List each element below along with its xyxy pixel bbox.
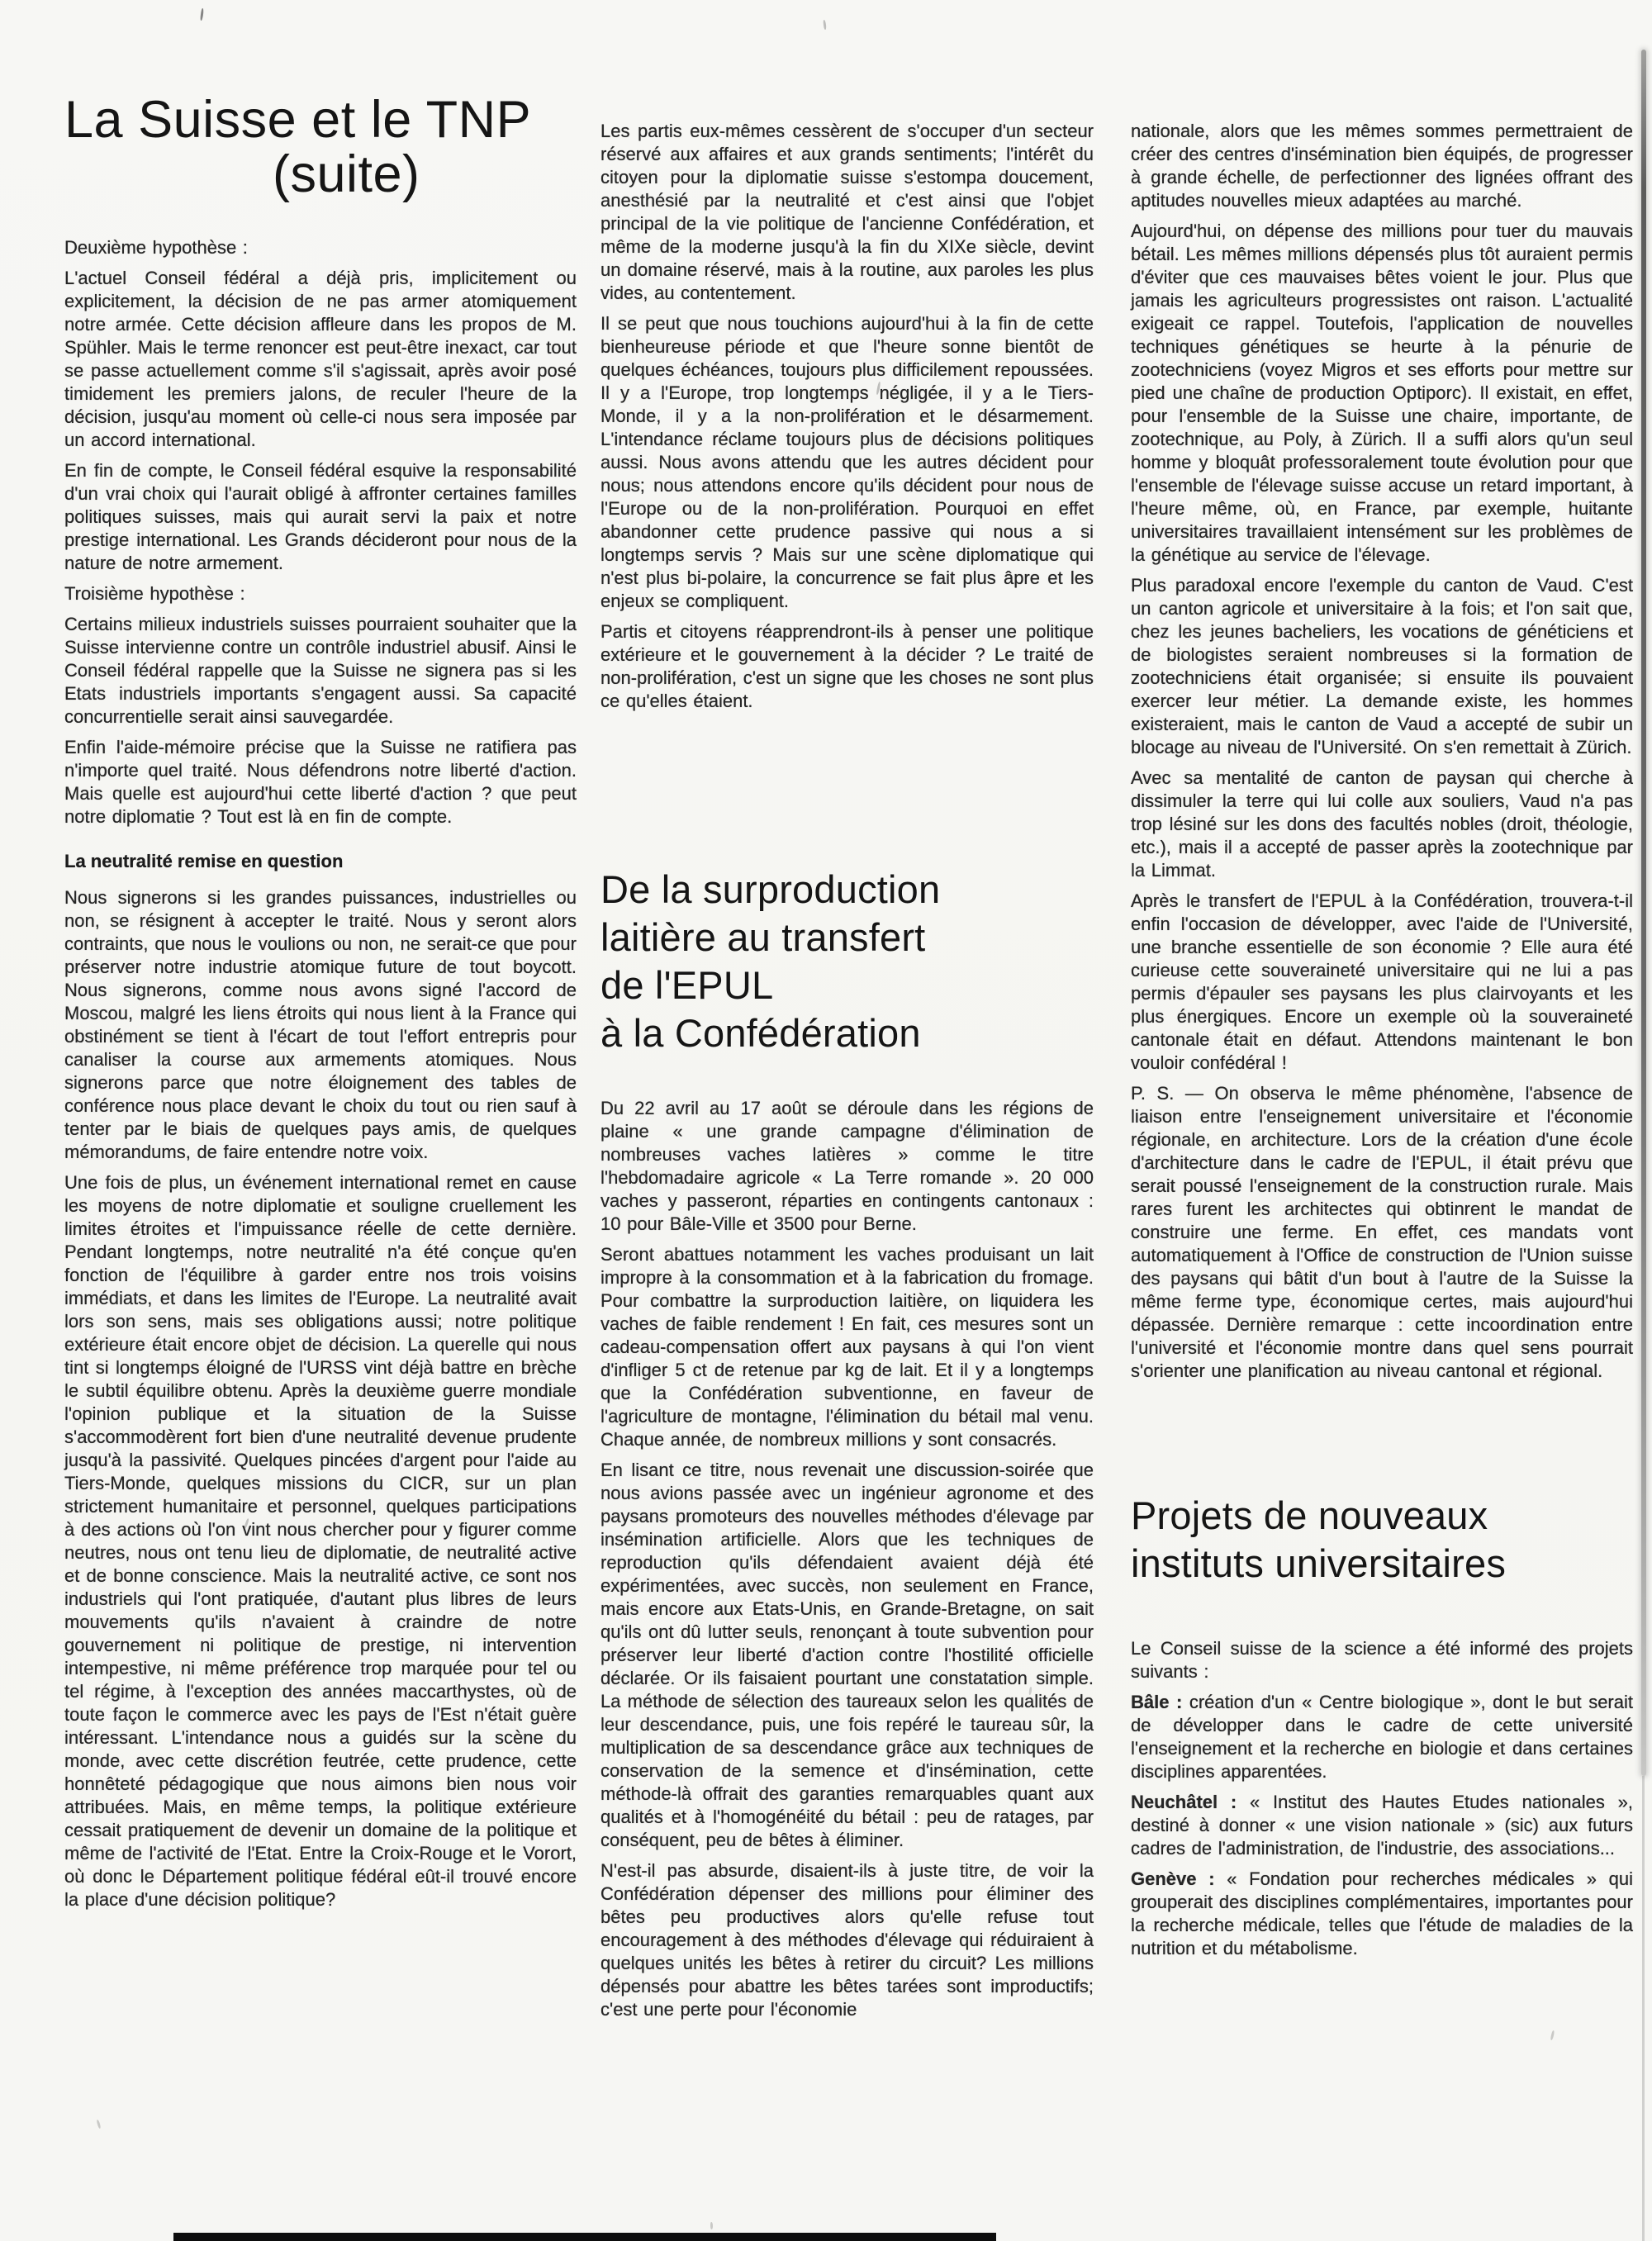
paragraph-text: L'actuel Conseil fédéral a déjà pris, im… (64, 268, 577, 450)
ink-speck (710, 2222, 713, 2229)
article-title-line: La Suisse et le TNP (64, 93, 577, 147)
paragraph-text: Après le transfert de l'EPUL à la Conféd… (1131, 890, 1633, 1073)
article-paragraph: Une fois de plus, un événement internati… (64, 1171, 577, 1911)
paragraph-text: N'est-il pas absurde, disaient-ils à jus… (601, 1860, 1094, 2020)
scan-edge-line (1641, 50, 1646, 1776)
article-paragraph: P. S. — On observa le même phénomène, l'… (1131, 1082, 1633, 1383)
article-title-line: (suite) (64, 147, 577, 202)
article-paragraph: Enfin l'aide-mémoire précise que la Suis… (64, 736, 577, 829)
ink-speck (325, 961, 328, 970)
article-paragraph: Plus paradoxal encore l'exemple du canto… (1131, 574, 1633, 759)
paragraph-lead: Bâle : (1131, 1692, 1182, 1712)
article-paragraph: Partis et citoyens réapprendront-ils à p… (601, 620, 1094, 713)
article-paragraph: Troisième hypothèse : (64, 582, 577, 605)
paragraph-text: Les partis eux-mêmes cessèrent de s'occu… (601, 121, 1094, 303)
paragraph-text: Il se peut que nous touchions aujourd'hu… (601, 313, 1094, 611)
article-headline-line: laitière au transfert (601, 914, 1094, 961)
article-paragraph: Certains milieux industriels suisses pou… (64, 613, 577, 729)
article-paragraph: N'est-il pas absurde, disaient-ils à jus… (601, 1859, 1094, 2021)
newspaper-page: La Suisse et le TNP(suite)Deuxième hypot… (0, 0, 1652, 2241)
paragraph-text: nationale, alors que les mêmes sommes pe… (1131, 121, 1633, 211)
ink-speck (97, 2120, 102, 2129)
article-paragraph: Seront abattues notamment les vaches pro… (601, 1243, 1094, 1451)
article-paragraph: Après le transfert de l'EPUL à la Conféd… (1131, 890, 1633, 1075)
scan-edge-line-lower (1642, 1776, 1645, 2241)
article-headline: De la surproductionlaitière au transfert… (601, 866, 1094, 1057)
article-paragraph: En fin de compte, le Conseil fédéral esq… (64, 459, 577, 575)
paragraph-text: En fin de compte, le Conseil fédéral esq… (64, 460, 577, 573)
ink-speck (1550, 2030, 1555, 2040)
paragraph-text: En lisant ce titre, nous revenait une di… (601, 1460, 1094, 1850)
scan-bottom-bar (173, 2233, 996, 2241)
paragraph-text: Certains milieux industriels suisses pou… (64, 614, 577, 727)
article-paragraph: Les partis eux-mêmes cessèrent de s'occu… (601, 120, 1094, 305)
article-paragraph: En lisant ce titre, nous revenait une di… (601, 1459, 1094, 1852)
article-column-left: La Suisse et le TNP(suite)Deuxième hypot… (64, 0, 577, 1919)
paragraph-text: Le Conseil suisse de la science a été in… (1131, 1638, 1633, 1682)
paragraph-text: Une fois de plus, un événement internati… (64, 1172, 577, 1910)
article-paragraph: Le Conseil suisse de la science a été in… (1131, 1637, 1633, 1683)
article-paragraph: Deuxième hypothèse : (64, 236, 577, 259)
article-headline-line: de l'EPUL (601, 961, 1094, 1009)
paragraph-text: Partis et citoyens réapprendront-ils à p… (601, 621, 1094, 711)
paragraph-text: Seront abattues notamment les vaches pro… (601, 1244, 1094, 1450)
article-paragraph: Du 22 avril au 17 août se déroule dans l… (601, 1097, 1094, 1236)
article-headline-line: à la Confédération (601, 1009, 1094, 1057)
paragraph-lead: Genève : (1131, 1868, 1215, 1889)
article-column-right: nationale, alors que les mêmes sommes pe… (1131, 0, 1633, 1968)
article-paragraph: Aujourd'hui, on dépense des millions pou… (1131, 220, 1633, 567)
paragraph-text: Enfin l'aide-mémoire précise que la Suis… (64, 737, 577, 827)
paragraph-text: création d'un « Centre biologique », don… (1131, 1692, 1633, 1782)
article-paragraph: Nous signerons si les grandes puissances… (64, 886, 577, 1164)
paragraph-text: Nous signerons si les grandes puissances… (64, 887, 577, 1162)
article-paragraph: Il se peut que nous touchions aujourd'hu… (601, 312, 1094, 613)
paragraph-text: Avec sa mentalité de canton de paysan qu… (1131, 767, 1633, 881)
article-paragraph: nationale, alors que les mêmes sommes pe… (1131, 120, 1633, 212)
ink-speck (1289, 1018, 1291, 1025)
section-subhead: La neutralité remise en question (64, 850, 577, 873)
paragraph-text: Plus paradoxal encore l'exemple du canto… (1131, 575, 1633, 757)
article-title: La Suisse et le TNP(suite) (64, 93, 577, 202)
paragraph-text: La neutralité remise en question (64, 851, 343, 871)
paragraph-text: Deuxième hypothèse : (64, 237, 248, 258)
article-headline-line: Projets de nouveaux (1131, 1492, 1633, 1540)
article-headline-line: instituts universitaires (1131, 1540, 1633, 1588)
article-headline: Projets de nouveauxinstituts universitai… (1131, 1492, 1633, 1588)
article-paragraph: Avec sa mentalité de canton de paysan qu… (1131, 767, 1633, 882)
article-headline-line: De la surproduction (601, 866, 1094, 914)
article-paragraph: L'actuel Conseil fédéral a déjà pris, im… (64, 267, 577, 452)
paragraph-text: P. S. — On observa le même phénomène, l'… (1131, 1083, 1633, 1381)
article-paragraph: Bâle : création d'un « Centre biologique… (1131, 1691, 1633, 1783)
paragraph-text: Aujourd'hui, on dépense des millions pou… (1131, 221, 1633, 565)
article-paragraph: Genève : « Fondation pour recherches méd… (1131, 1868, 1633, 1960)
paragraph-text: Troisième hypothèse : (64, 583, 245, 604)
article-paragraph: Neuchâtel : « Institut des Hautes Etudes… (1131, 1791, 1633, 1860)
paragraph-lead: Neuchâtel : (1131, 1792, 1237, 1812)
article-column-middle: Les partis eux-mêmes cessèrent de s'occu… (601, 0, 1094, 2029)
paragraph-text: Du 22 avril au 17 août se déroule dans l… (601, 1098, 1094, 1234)
